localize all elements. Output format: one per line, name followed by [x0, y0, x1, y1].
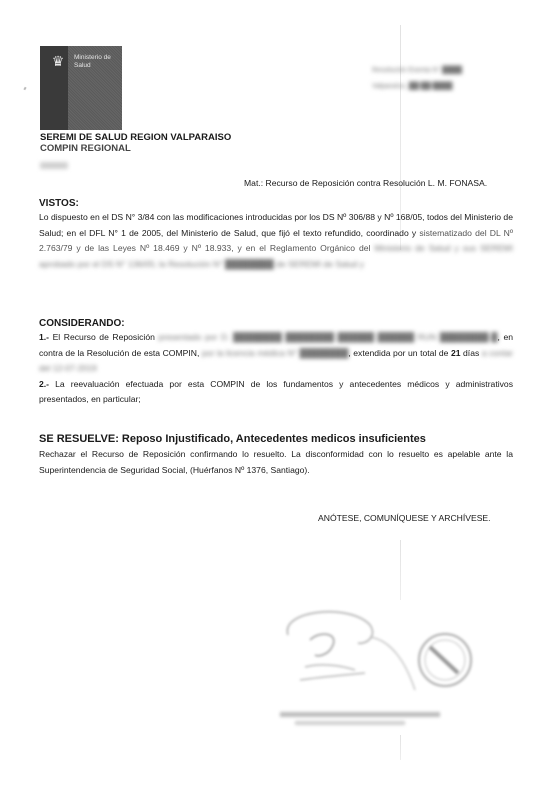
item-number: 2.-: [39, 379, 49, 389]
subject-line: Mat.: Recurso de Reposición contra Resol…: [244, 178, 487, 188]
signature-block: [270, 605, 500, 735]
item1-text-start: El Recurso de Reposición: [53, 332, 155, 342]
considerando-section: CONSIDERANDO: 1.- El Recurso de Reposici…: [39, 317, 513, 408]
logo-right-panel: Ministerio de Salud: [68, 46, 122, 130]
item1-days-count: 21: [451, 348, 461, 358]
item1-text-end: , extendida por un total de: [348, 348, 448, 358]
considerando-item-2: 2.- La reevaluación efectuada por esta C…: [39, 377, 513, 408]
considerando-item-1: 1.- El Recurso de Reposición presentado …: [39, 330, 513, 377]
resuelve-text: Rechazar el Recurso de Reposición confir…: [39, 447, 513, 478]
resuelve-section: SE RESUELVE: Reposo Injustificado, Antec…: [39, 433, 513, 478]
item-number: 1.-: [39, 332, 49, 342]
logo-ministry-line1: Ministerio de: [74, 54, 111, 62]
item1-redacted-license: por la licencia médica N° ████████: [202, 348, 348, 358]
ministry-logo: ♛ Gobierno de Chile Ministerio de Salud: [40, 46, 122, 130]
redacted-reference: [40, 157, 68, 175]
vistos-text: Lo dispuesto en el DS N° 3/84 con las mo…: [39, 210, 513, 272]
logo-ministry-line2: Salud: [74, 62, 111, 70]
resolution-info: Resolución Exenta N° ████ Valparaíso, ██…: [372, 63, 462, 95]
logo-left-band: ♛ Gobierno de Chile: [40, 46, 68, 130]
handwritten-signature-icon: [270, 605, 500, 715]
item1-redacted-applicant: presentado por D. ████████ ████████ ████…: [158, 332, 497, 342]
page-fold-line: [400, 735, 401, 760]
resolution-number-redacted: Resolución Exenta N° ████: [372, 63, 462, 79]
resuelve-title: SE RESUELVE: Reposo Injustificado, Antec…: [39, 433, 513, 446]
vistos-section: VISTOS: Lo dispuesto en el DS N° 3/84 co…: [39, 197, 513, 272]
considerando-title: CONSIDERANDO:: [39, 317, 513, 330]
org-line1: SEREMI DE SALUD REGION VALPARAISO: [40, 132, 231, 143]
signer-title-redacted: [295, 721, 405, 725]
resolution-date-redacted: Valparaíso, ██/██/████: [372, 79, 462, 95]
scan-speck: [23, 87, 26, 91]
redacted-block: [40, 162, 68, 169]
item1-days-label: días: [463, 348, 479, 358]
logo-ministry-label: Ministerio de Salud: [74, 54, 111, 70]
issuing-organization: SEREMI DE SALUD REGION VALPARAISO COMPIN…: [40, 132, 231, 154]
closing-formula: ANÓTESE, COMUNÍQUESE Y ARCHÍVESE.: [318, 513, 491, 523]
org-line2: COMPIN REGIONAL: [40, 143, 231, 154]
vistos-title: VISTOS:: [39, 197, 513, 210]
item2-text: La reevaluación efectuada por esta COMPI…: [39, 379, 513, 405]
signer-name-redacted: [280, 712, 440, 717]
page-fold-line: [400, 540, 401, 600]
